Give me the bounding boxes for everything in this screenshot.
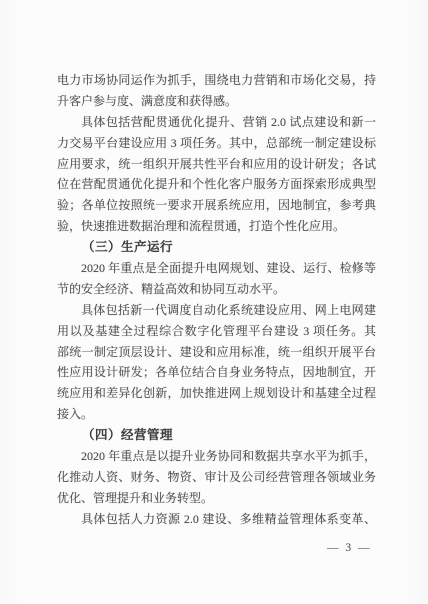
text-line: 具体包括营配贯通优化提升、营销 2.0 试点建设和新一代电 [57,112,376,133]
text-line: 应用要求，统一组织开展共性平台和应用的设计研发；各试点单 [57,154,376,175]
text-line: 2020 年重点是全面提升电网规划、建设、运行、检修等环 [57,258,376,279]
text-line: 接入。 [57,404,376,425]
text-line: 位在营配贯通优化提升和个性化客户服务方面探索形成典型经 [57,174,376,195]
text-line: 性应用设计研发；各单位结合自身业务特点，因地制宜，开展系 [57,362,376,383]
text-line: 验；各单位按照统一要求开展系统应用，因地制宜，参考典型经 [57,195,376,216]
text-line: 统应用和差异化创新，加快推进网上规划设计和基建全过程感知 [57,383,376,404]
document-page: 电力市场协同运作为抓手，围绕电力营销和市场化交易，持续提 升客户参与度、满意度和… [0,0,428,604]
text-line: 节的安全经济、精益高效和协同互动水平。 [57,279,376,300]
text-line: 升客户参与度、满意度和获得感。 [57,91,376,112]
section-heading: （三）生产运行 [57,237,376,258]
document-text: 电力市场协同运作为抓手，围绕电力营销和市场化交易，持续提 升客户参与度、满意度和… [57,70,376,530]
text-line: 2020 年重点是以提升业务协同和数据共享水平为抓手，深 [57,446,376,467]
text-line: 化推动人资、财务、物资、审计及公司经营管理各领域业务流程 [57,467,376,488]
text-line: 优化、管理提升和业务转型。 [57,488,376,509]
text-line: 部统一制定顶层设计、建设和应用标准，统一组织开展平台和共 [57,342,376,363]
text-line: 验，快速推进数据治理和流程贯通，打造个性化应用。 [57,216,376,237]
text-line: 力交易平台建设应用 3 项任务。其中，总部统一制定建设标准和 [57,133,376,154]
text-line: 具体包括新一代调度自动化系统建设应用、网上电网建设应 [57,300,376,321]
section-heading: （四）经营管理 [57,425,376,446]
text-line: 电力市场协同运作为抓手，围绕电力营销和市场化交易，持续提 [57,70,376,91]
text-line: 用以及基建全过程综合数字化管理平台建设 3 项任务。其中，总 [57,321,376,342]
text-line: 具体包括人力资源 2.0 建设、多维精益管理体系变革、现代 [57,509,376,530]
page-number: — 3 — [327,541,372,555]
